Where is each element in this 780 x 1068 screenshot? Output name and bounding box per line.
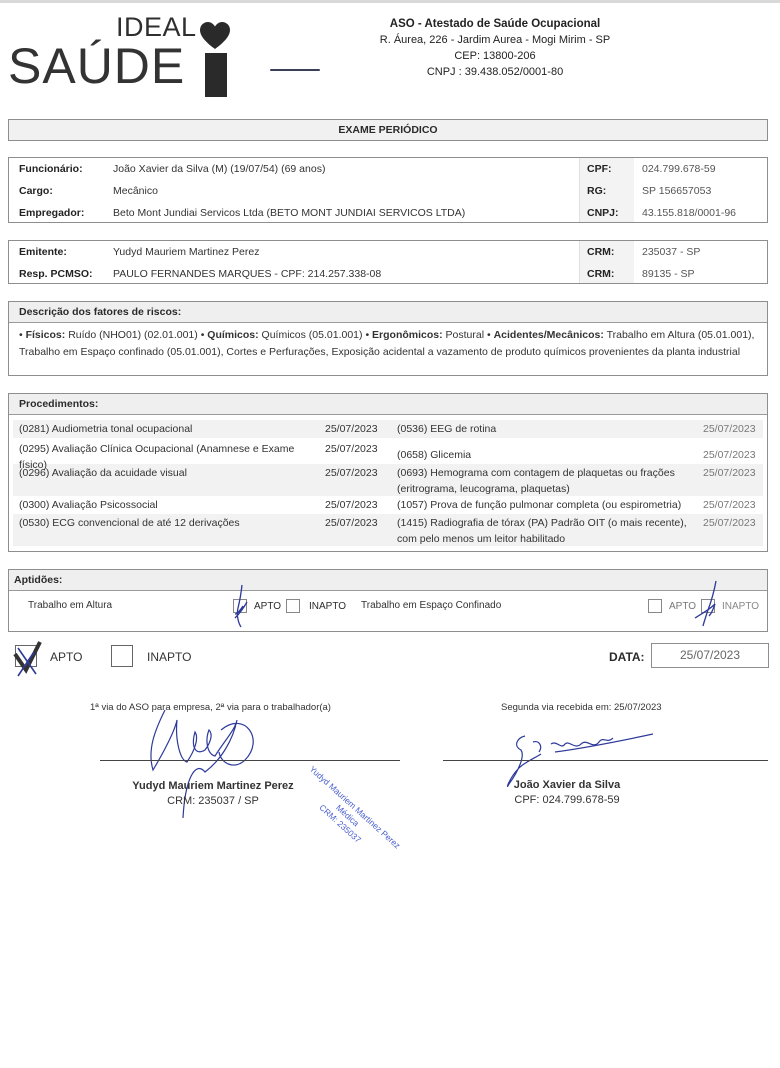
result-inapto-checkbox[interactable] (111, 645, 133, 667)
procedures-box: Procedimentos: (0281) Audiometria tonal … (8, 393, 768, 552)
procedure-name: (0693) Hemograma com contagem de plaquet… (397, 465, 697, 497)
procedure-date: 25/07/2023 (703, 515, 756, 531)
risk-acidentes-label: Acidentes/Mecânicos: (494, 329, 604, 341)
resp-pcmso-value: PAULO FERNANDES MARQUES - CPF: 214.257.3… (113, 263, 381, 285)
procedure-date: 25/07/2023 (325, 515, 378, 531)
confinado-label: Trabalho em Espaço Confinado (361, 600, 501, 611)
funcionario-row: Funcionário: (19, 158, 83, 180)
cargo-value: Mecânico (113, 180, 158, 202)
procedure-date: 25/07/2023 (703, 497, 756, 513)
procedure-name: (0658) Glicemia (397, 447, 697, 463)
risk-ergonomicos-text: Postural (443, 329, 487, 341)
document-title: ASO - Atestado de Saúde Ocupacional (365, 16, 625, 32)
procedure-name: (0296) Avaliação da acuidade visual (19, 465, 319, 481)
empregador-value: Beto Mont Jundiai Servicos Ltda (BETO MO… (113, 202, 465, 224)
org-address: R. Áurea, 226 - Jardim Aurea - Mogi Miri… (365, 32, 625, 48)
altura-label: Trabalho em Altura (28, 600, 112, 611)
worker-name: João Xavier da Silva (497, 777, 637, 793)
procedure-date: 25/07/2023 (325, 497, 378, 513)
funcionario-label: Funcionário: (19, 163, 83, 175)
heart-icon (200, 22, 230, 50)
procedures-title: Procedimentos: (9, 394, 767, 415)
crm-emitente-label: CRM: (587, 241, 614, 263)
risk-ergonomicos-label: Ergonômicos: (372, 329, 443, 341)
emitente-value: Yudyd Mauriem Martinez Perez (113, 241, 259, 263)
funcionario-value: João Xavier da Silva (M) (19/07/54) (69 … (113, 158, 325, 180)
risk-quimicos-label: Químicos: (207, 329, 258, 341)
crm-resp-label: CRM: (587, 263, 614, 285)
page-top-edge (0, 0, 780, 3)
handwritten-check-icon (231, 584, 251, 628)
ideal-saude-logo: IDEAL SAÚDE (8, 12, 238, 92)
logo-bar (205, 53, 227, 97)
altura-apto-label: APTO (254, 601, 281, 612)
result-inapto-label: INAPTO (147, 650, 191, 664)
second-copy-received: Segunda via recebida em: 25/07/2023 (501, 702, 662, 713)
worker-cpf: CPF: 024.799.678-59 (497, 792, 637, 808)
procedure-name: (0530) ECG convencional de até 12 deriva… (19, 515, 319, 531)
risk-quimicos-text: Químicos (05.01.001) (259, 329, 366, 341)
cpf-value: 024.799.678-59 (642, 158, 716, 180)
doctor-stamp: Yudyd Mauriem Martinez Perez Médica CRM:… (288, 760, 407, 872)
cpf-label: CPF: (587, 158, 612, 180)
crm-emitente-value: 235037 - SP (642, 241, 700, 263)
doctor-signature-line (100, 760, 400, 761)
emitente-label: Emitente: (19, 241, 67, 263)
exam-type-banner: EXAME PERIÓDICO (8, 119, 768, 141)
procedure-date: 25/07/2023 (703, 447, 756, 463)
organization-info: ASO - Atestado de Saúde Ocupacional R. Á… (365, 16, 625, 80)
org-cnpj: CNPJ : 39.438.052/0001-80 (365, 64, 625, 80)
aptitudes-title: Aptidões: (9, 570, 767, 591)
procedure-date: 25/07/2023 (325, 465, 378, 481)
rg-value: SP 156657053 (642, 180, 711, 202)
date-field[interactable]: 25/07/2023 (651, 643, 769, 668)
altura-inapto-label: INAPTO (309, 601, 346, 612)
procedure-date: 25/07/2023 (325, 421, 378, 437)
bullet: • (19, 329, 26, 341)
procedures-table: (0281) Audiometria tonal ocupacional25/0… (9, 415, 767, 551)
org-cep: CEP: 13800-206 (365, 48, 625, 64)
procedure-name: (1415) Radiografia de tórax (PA) Padrão … (397, 515, 697, 547)
employee-info-box: Funcionário: João Xavier da Silva (M) (1… (8, 157, 768, 223)
procedure-name: (0281) Audiometria tonal ocupacional (19, 421, 319, 437)
bullet: • (487, 329, 494, 341)
logo-saude-text: SAÚDE (8, 38, 185, 94)
procedure-name: (0536) EEG de rotina (397, 421, 697, 437)
crm-resp-value: 89135 - SP (642, 263, 695, 285)
altura-inapto-checkbox[interactable] (286, 599, 300, 613)
cnpj-value: 43.155.818/0001-96 (642, 202, 736, 224)
confinado-inapto-label: INAPTO (722, 601, 759, 612)
pen-mark (270, 69, 320, 71)
stamp-role: Médica (295, 768, 399, 863)
risk-fisicos-text: Ruído (NHO01) (02.01.001) (65, 329, 200, 341)
empregador-label: Empregador: (19, 207, 84, 219)
risk-factors-title: Descrição dos fatores de riscos: (9, 302, 767, 323)
aptitudes-box: Aptidões: Trabalho em Altura APTO INAPTO… (8, 569, 768, 632)
procedure-name: (0300) Avaliação Psicossocial (19, 497, 319, 513)
resp-pcmso-label: Resp. PCMSO: (19, 263, 93, 285)
worker-signature-line (443, 760, 768, 761)
procedure-date: 25/07/2023 (703, 421, 756, 437)
emitter-info-box: Emitente: Yudyd Mauriem Martinez Perez R… (8, 240, 768, 284)
risk-fisicos-label: Físicos: (26, 329, 66, 341)
risk-factors-text: • Físicos: Ruído (NHO01) (02.01.001) • Q… (9, 323, 767, 365)
doctor-crm: CRM: 235037 / SP (100, 793, 326, 809)
x-mark-icon (12, 640, 44, 678)
date-label: DATA: (609, 650, 645, 664)
procedure-name: (1057) Prova de função pulmonar completa… (397, 497, 697, 513)
procedure-date: 25/07/2023 (325, 441, 378, 457)
risk-factors-box: Descrição dos fatores de riscos: • Físic… (8, 301, 768, 376)
rg-label: RG: (587, 180, 606, 202)
cnpj-label: CNPJ: (587, 202, 619, 224)
result-apto-label: APTO (50, 650, 82, 664)
confinado-apto-checkbox[interactable] (648, 599, 662, 613)
handwritten-check-icon (691, 580, 721, 628)
cargo-label: Cargo: (19, 185, 53, 197)
procedure-date: 25/07/2023 (703, 465, 756, 481)
